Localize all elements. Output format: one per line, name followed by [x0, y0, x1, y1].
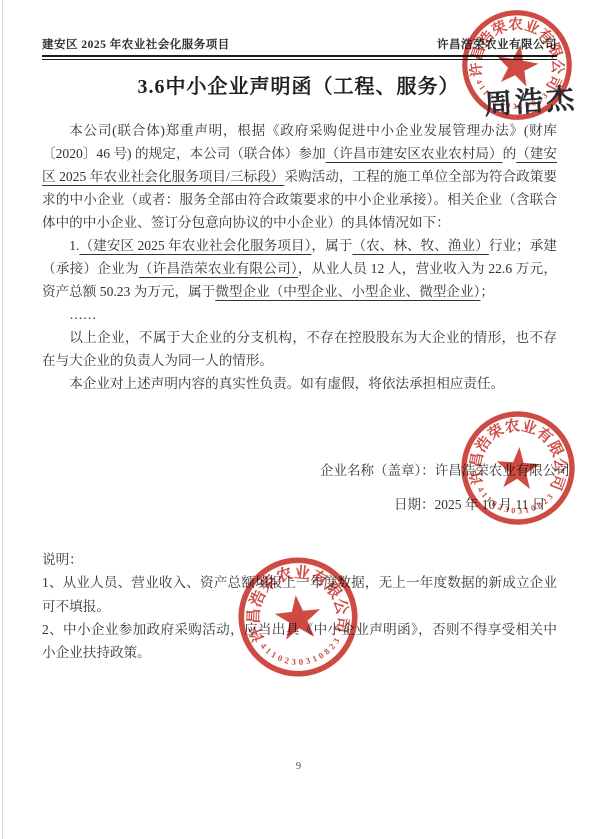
paragraph: 本企业对上述声明内容的真实性负责。如有虚假，将依法承担相应责任。 [42, 372, 557, 395]
underlined-text: （农、林、牧、渔业） [352, 238, 488, 253]
company-seal-stamp-notes: 许昌浩荣农业有限公司 4110230310823 [229, 548, 367, 686]
page-number: 9 [0, 761, 597, 772]
star-icon [495, 446, 541, 490]
underlined-text: （许昌市建安区农业农村局） [326, 146, 503, 161]
company-seal-stamp-signature: 许昌浩荣农业有限公司 4110230310823 [454, 404, 582, 532]
paragraph: 本公司(联合体)郑重声明，根据《政府采购促进中小企业发展管理办法》(财库〔202… [42, 119, 557, 234]
text-run: 本企业对上述声明内容的真实性负责。如有虚假，将依法承担相应责任。 [69, 376, 504, 391]
text-run: 1. [69, 238, 79, 253]
underlined-text: 微型企业（中型企业、小型企业、微型企业） [215, 284, 480, 299]
star-icon [273, 593, 323, 641]
paragraph: 以上企业，不属于大企业的分支机构，不存在控股股东为大企业的情形，也不存在与大企业… [42, 326, 557, 372]
document-page: 建安区 2025 年农业社会化服务项目 许昌浩荣农业有限公司 3.6中小企业声明… [0, 0, 597, 839]
underlined-text: （许昌浩荣农业有限公司） [139, 261, 298, 276]
scan-edge-artifact [2, 0, 3, 839]
paragraph: 1.（建安区 2025 年农业社会化服务项目），属于（农、林、牧、渔业）行业；承… [42, 234, 557, 303]
handwritten-signature: 周浩杰 [483, 77, 579, 123]
text-run: ，属于 [311, 238, 352, 253]
declaration-body: 本公司(联合体)郑重声明，根据《政府采购促进中小企业发展管理办法》(财库〔202… [42, 119, 557, 395]
text-run: ； [480, 284, 494, 299]
text-run: …… [69, 307, 96, 322]
text-run: 的 [503, 146, 517, 161]
header-project-name: 建安区 2025 年农业社会化服务项目 [42, 36, 230, 52]
text-run: 以上企业，不属于大企业的分支机构，不存在控股股东为大企业的情形，也不存在与大企业… [42, 330, 557, 368]
underlined-text: （建安区 2025 年农业社会化服务项目） [79, 238, 311, 253]
paragraph: …… [42, 303, 557, 326]
